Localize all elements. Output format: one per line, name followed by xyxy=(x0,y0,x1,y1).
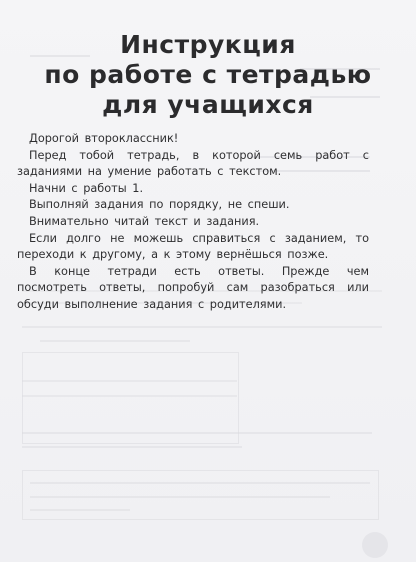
page-title: Инструкция по работе с тетрадью для учащ… xyxy=(0,30,416,120)
paragraph-answers: В конце тетради есть ответы. Прежде чем … xyxy=(17,264,369,314)
paragraph-order: Выполняй задания по порядку, не спеши. xyxy=(17,197,369,214)
title-line-2: по работе с тетрадью xyxy=(0,60,416,90)
title-line-3: для учащихся xyxy=(0,90,416,120)
title-line-1: Инструкция xyxy=(0,30,416,60)
instructions-body: Дорогой второклассник! Перед тобой тетра… xyxy=(17,131,369,314)
document-page: Инструкция по работе с тетрадью для учащ… xyxy=(0,0,416,562)
paragraph-start-work: Начни с работы 1. xyxy=(17,181,369,198)
paragraph-skip-task: Если долго не можешь справиться с задани… xyxy=(17,231,369,264)
paragraph-greeting: Дорогой второклассник! xyxy=(17,131,369,148)
paragraph-workbook-intro: Перед тобой тетрадь, в которой семь рабо… xyxy=(17,148,369,181)
paragraph-read-carefully: Внимательно читай текст и задания. xyxy=(17,214,369,231)
